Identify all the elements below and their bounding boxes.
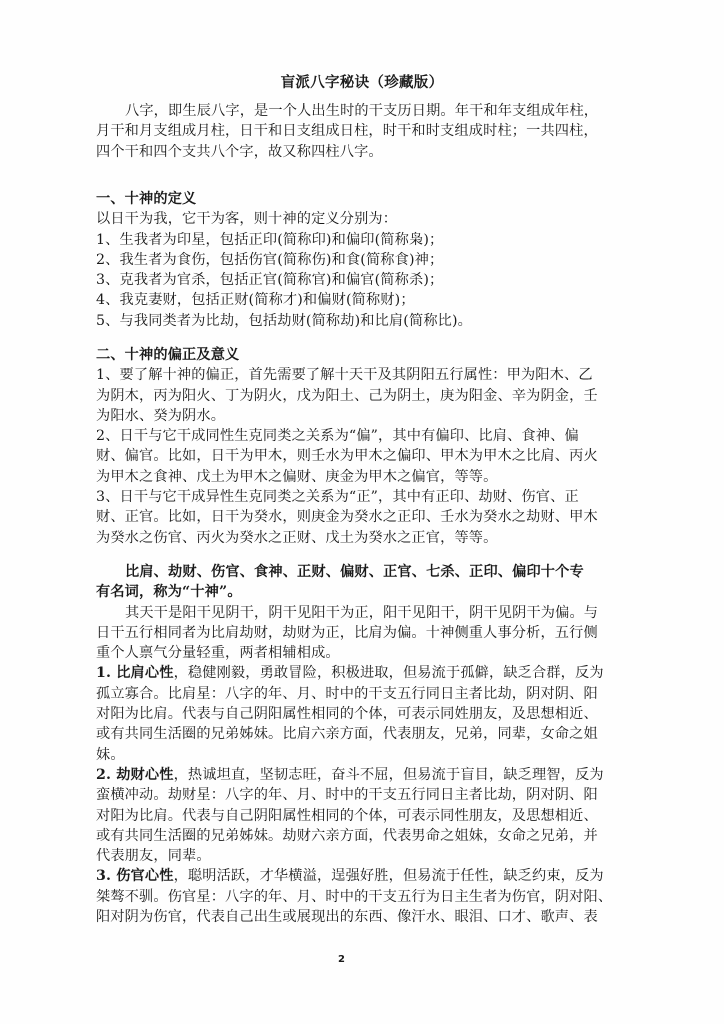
text-line: 2、我生者为食伤，包括伤官(简称伤)和食(简称食)神； [96,250,616,270]
section-ten-gods-meaning: 二、十神的偏正及意义 1、要了解十神的偏正，首先需要了解十天干及其阴阳五行属性：… [96,345,616,548]
section-heading: 一、十神的定义 [96,189,616,209]
intro-paragraph: 八字，即生辰八字，是一个人出生时的干支历日期。年干和年支组成年柱， 月干和月支组… [96,101,616,162]
text-line: 4、我克妻财，包括正财(简称才)和偏财(简称财)； [96,290,616,310]
text-line: 3、日干与它干成异性生克同类之关系为“正”，其中有正印、劫财、伤官、正 [96,487,616,507]
list-item-bijian: 1. 比肩心性，稳健刚毅，勇敢冒险，积极进取，但易流于孤僻，缺乏合群，反为 [96,663,616,683]
text-line: 阳对阴为伤官，代表自己出生或展现出的东西、像汗水、眼泪、口才、歌声、表 [96,907,616,927]
text-line: 蛮横冲动。劫财星：八字的年、月、时中的干支五行同日主者比劫，阴对阴、阳 [96,785,616,805]
text-line: 妹。 [96,745,616,765]
text-line: 为阳水、癸为阴水。 [96,406,616,426]
text-line: 财、偏官。比如，日干为甲木，则壬水为甲木之偏印、甲木为甲木之比肩、丙火 [96,446,616,466]
item-label: 2. 劫财心性 [96,767,174,783]
text-line: 其天干是阳干见阴干，阴干见阳干为正，阳干见阳干，阴干见阴干为偏。与 [96,603,616,623]
text-line: 四个干和四个支共八个字，故又称四柱八字。 [96,142,616,162]
text-line: 为阴木，丙为阳火、丁为阴火，戊为阳土、己为阴土，庚为阳金、辛为阴金，壬 [96,386,616,406]
text-line: 比肩、劫财、伤官、食神、正财、偏财、正官、七杀、正印、偏印十个专 [96,562,616,582]
item-label: 3. 伤官心性 [96,868,174,884]
list-item-shangguan: 3. 伤官心性，聪明活跃，才华横溢，逞强好胜，但易流于任性，缺乏约束，反为 [96,866,616,886]
document-page: 盲派八字秘诀（珍藏版） 八字，即生辰八字，是一个人出生时的干支历日期。年干和年支… [0,0,724,1024]
text-line: 为癸水之伤官、丙火为癸水之正财、戊土为癸水之正官，等等。 [96,528,616,548]
text-span: ，聪明活跃，才华横溢，逞强好胜，但易流于任性，缺乏约束，反为 [174,868,604,884]
text-span: ，热诚坦直，坚韧志旺，奋斗不屈，但易流于盲目，缺乏理智，反为 [174,767,604,783]
text-line: 对阳为比肩。代表与自己阴阳属性相同的个体，可表示同姓朋友，及思想相近、 [96,704,616,724]
text-line: 1、生我者为印星，包括正印(简称印)和偏印(简称枭)； [96,230,616,250]
text-line: 1、要了解十神的偏正，首先需要了解十天干及其阴阳五行属性：甲为阳木、乙 [96,365,616,385]
text-line: 为甲木之食神、戊土为甲木之偏财、庚金为甲木之偏官，等等。 [96,467,616,487]
section-heading: 二、十神的偏正及意义 [96,345,616,365]
text-line: 2、日干与它干成同性生克同类之关系为“偏”，其中有偏印、比肩、食神、偏 [96,426,616,446]
text-line: 3、克我者为官杀，包括正官(简称官)和偏官(简称杀)； [96,270,616,290]
text-line: 日干五行相同者为比肩劫财，劫财为正，比肩为偏。十神侧重人事分析，五行侧 [96,623,616,643]
text-line: 代表朋友，同辈。 [96,846,616,866]
page-number: 2 [338,954,345,965]
section-ten-gods-details: 比肩、劫财、伤官、食神、正财、偏财、正官、七杀、正印、偏印十个专 有名词，称为“… [96,562,616,927]
text-line: 5、与我同类者为比劫，包括劫财(简称劫)和比肩(简称比)。 [96,311,616,331]
list-item-jiecai: 2. 劫财心性，热诚坦直，坚韧志旺，奋斗不屈，但易流于盲目，缺乏理智，反为 [96,765,616,785]
text-line: 财、正官。比如，日干为癸水，则庚金为癸水之正印、壬水为癸水之劫财、甲木 [96,507,616,527]
text-span: ，稳健刚毅，勇敢冒险，积极进取，但易流于孤僻，缺乏合群，反为 [174,665,604,681]
text-line: 孤立寡合。比肩星：八字的年、月、时中的干支五行同日主者比劫，阴对阴、阳 [96,684,616,704]
text-line: 桀骜不驯。伤官星：八字的年、月、时中的干支五行为日主生者为伤官，阴对阳、 [96,887,616,907]
text-line: 对阳为比肩。代表与自己阴阳属性相同的个体，可表示同性朋友，及思想相近、 [96,806,616,826]
text-line: 有名词，称为“十神”。 [96,582,616,602]
text-line: 以日干为我，它干为客，则十神的定义分别为： [96,209,616,229]
document-title: 盲派八字秘诀（珍藏版） [0,71,724,92]
text-line: 重个人禀气分量轻重，两者相辅相成。 [96,643,616,663]
text-line: 八字，即生辰八字，是一个人出生时的干支历日期。年干和年支组成年柱， [96,101,616,121]
item-label: 1. 比肩心性 [96,665,174,681]
text-line: 或有共同生活圈的兄弟姊妹。比肩六亲方面，代表朋友，兄弟，同辈，女命之姐 [96,724,616,744]
section-ten-gods-definition: 一、十神的定义 以日干为我，它干为客，则十神的定义分别为： 1、生我者为印星，包… [96,189,616,331]
text-line: 或有共同生活圈的兄弟姊妹。劫财六亲方面，代表男命之姐妹，女命之兄弟，并 [96,826,616,846]
text-line: 月干和月支组成月柱，日干和日支组成日柱，时干和时支组成时柱；一共四柱， [96,121,616,141]
